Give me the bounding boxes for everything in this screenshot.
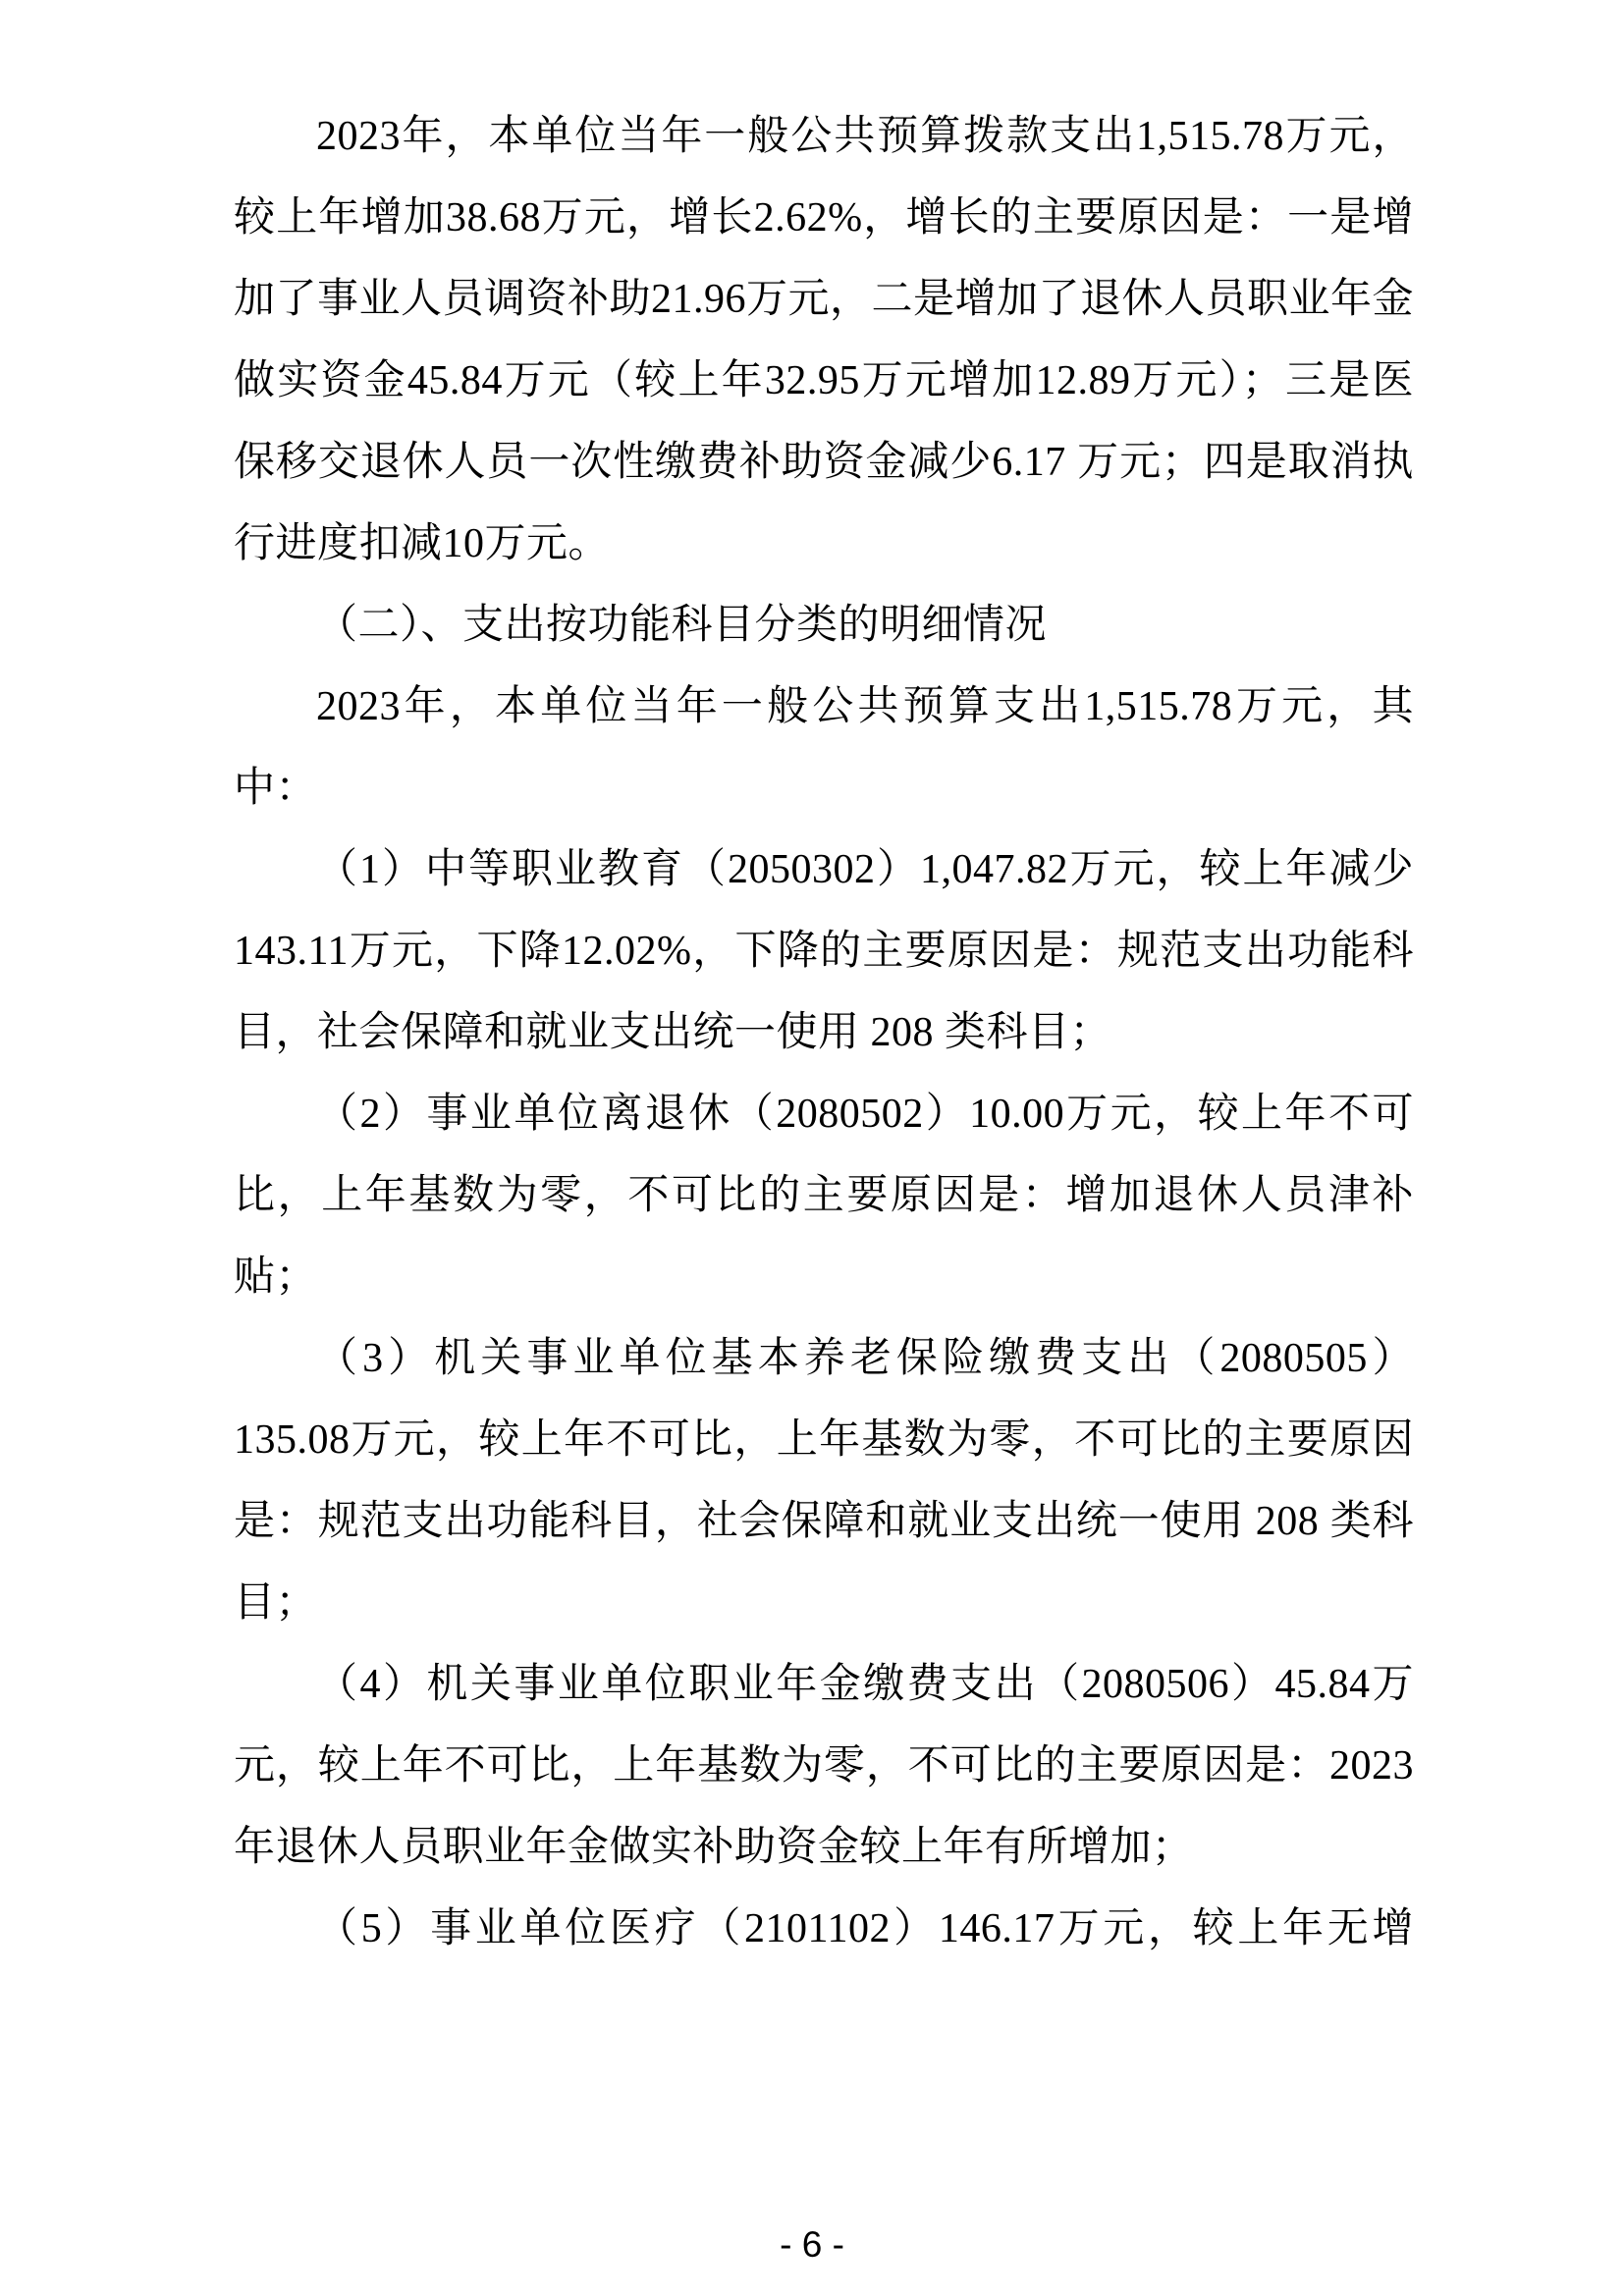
text-line: 中： [234, 748, 1414, 829]
text-line: 比，上年基数为零，不可比的主要原因是：增加退休人员津补 [234, 1155, 1414, 1237]
text-line: 目，社会保障和就业支出统一使用 208 类科目； [234, 992, 1414, 1074]
text-line: 目； [234, 1563, 1414, 1644]
page-number: - 6 - [0, 2224, 1624, 2266]
text-line: 行进度扣减10万元。 [234, 504, 1414, 585]
text-line: 2023年，本单位当年一般公共预算支出1,515.78万元，其 [234, 667, 1414, 748]
text-line: （3）机关事业单位基本养老保险缴费支出（2080505） [234, 1318, 1414, 1400]
text-line: 年退休人员职业年金做实补助资金较上年有所增加； [234, 1807, 1414, 1889]
text-line: （二）、支出按功能科目分类的明细情况 [234, 585, 1414, 667]
text-line: 加了事业人员调资补助21.96万元，二是增加了退休人员职业年金 [234, 259, 1414, 341]
text-line: 135.08万元，较上年不可比，上年基数为零，不可比的主要原因 [234, 1400, 1414, 1481]
text-line: 元，较上年不可比，上年基数为零，不可比的主要原因是：2023 [234, 1726, 1414, 1807]
document-page: 2023年，本单位当年一般公共预算拨款支出1,515.78万元，较上年增加38.… [0, 0, 1624, 2296]
text-line: （4）机关事业单位职业年金缴费支出（2080506）45.84万 [234, 1644, 1414, 1726]
document-body: 2023年，本单位当年一般公共预算拨款支出1,515.78万元，较上年增加38.… [234, 96, 1414, 1970]
text-line: （2）事业单位离退休（2080502）10.00万元，较上年不可 [234, 1074, 1414, 1155]
text-line: 保移交退休人员一次性缴费补助资金减少6.17 万元；四是取消执 [234, 422, 1414, 504]
text-line: （1）中等职业教育（2050302）1,047.82万元，较上年减少 [234, 829, 1414, 911]
text-line: （5）事业单位医疗（2101102）146.17万元，较上年无增 [234, 1889, 1414, 1970]
text-line: 较上年增加38.68万元，增长2.62%，增长的主要原因是：一是增 [234, 178, 1414, 259]
text-line: 143.11万元，下降12.02%，下降的主要原因是：规范支出功能科 [234, 911, 1414, 992]
text-line: 2023年，本单位当年一般公共预算拨款支出1,515.78万元， [234, 96, 1414, 178]
text-line: 做实资金45.84万元（较上年32.95万元增加12.89万元）；三是医 [234, 341, 1414, 422]
text-line: 是：规范支出功能科目，社会保障和就业支出统一使用 208 类科 [234, 1481, 1414, 1563]
text-line: 贴； [234, 1237, 1414, 1318]
